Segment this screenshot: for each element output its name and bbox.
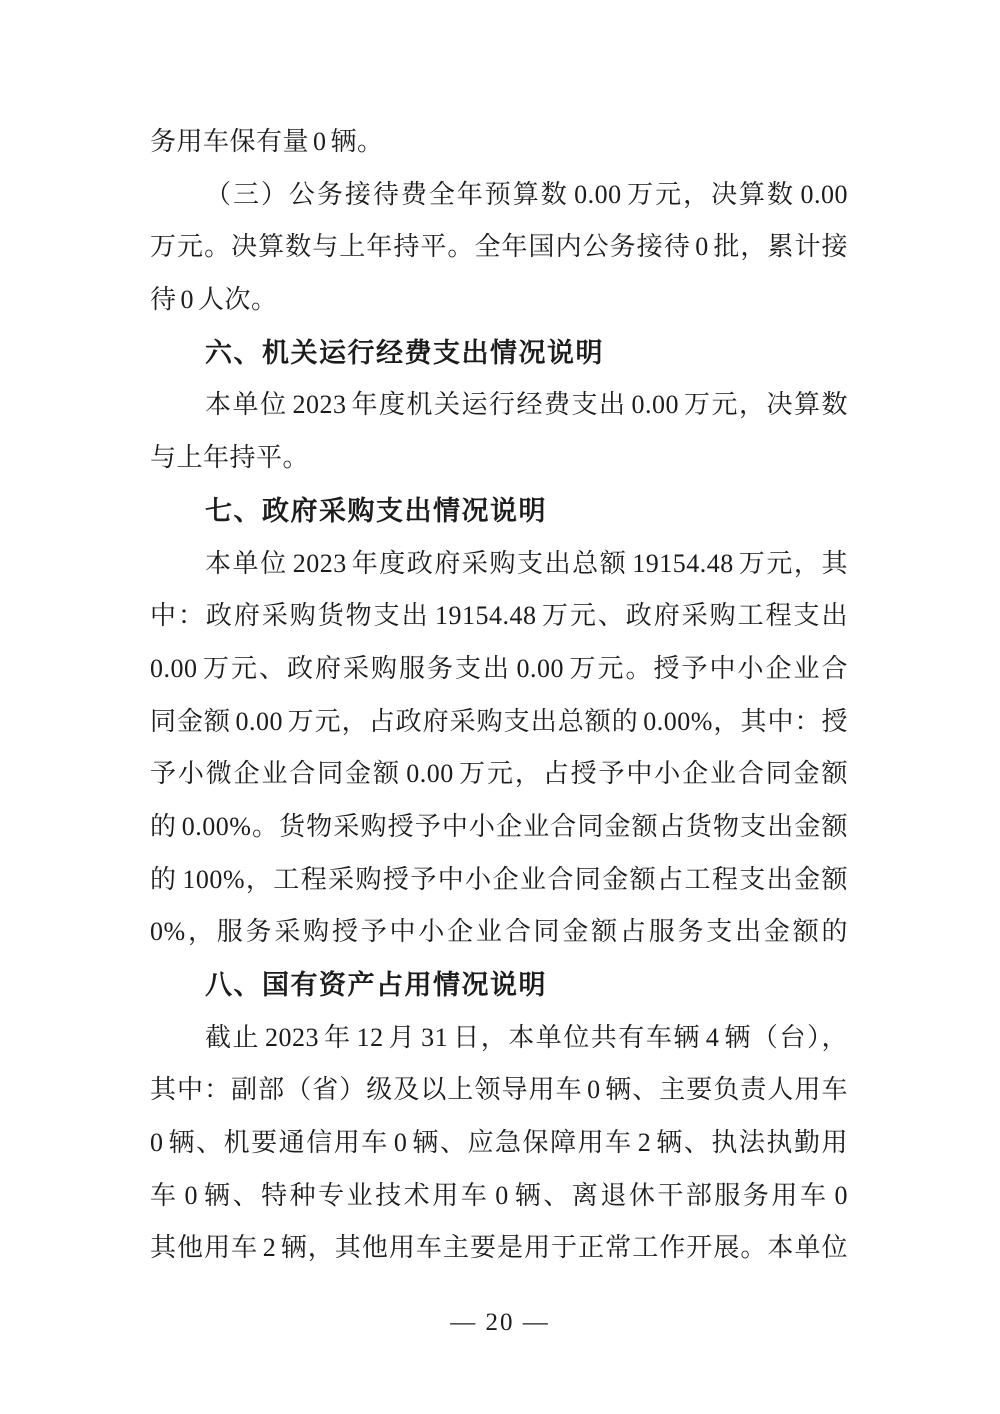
text-line-7: 与上年持平。 — [150, 432, 848, 485]
text-line-4: 待 0 人次。 — [150, 274, 848, 327]
text-line-1: 务用车保有量 0 辆。 — [150, 116, 848, 169]
text-line-12: 同金额 0.00 万元，占政府采购支出总额的 0.00%，其中：授 — [150, 696, 848, 749]
document-page: 务用车保有量 0 辆。 （三）公务接待费全年预算数 0.00 万元，决算数 0.… — [0, 0, 1000, 1414]
text-line-2: （三）公务接待费全年预算数 0.00 万元，决算数 0.00 — [150, 169, 848, 222]
text-line-19: 其中：副部（省）级及以上领导用车 0 辆、主要负责人用车 — [150, 1064, 848, 1117]
footer-page-number: — 20 — — [0, 1297, 1000, 1349]
section-heading-7: 七、政府采购支出情况说明 — [150, 485, 848, 538]
text-line-16: 0%，服务采购授予中小企业合同金额占服务支出金额的 0%。 — [150, 906, 848, 959]
text-line-14: 的 0.00%。货物采购授予中小企业合同金额占货物支出金额 — [150, 801, 848, 854]
text-line-13: 予小微企业合同金额 0.00 万元，占授予中小企业合同金额 — [150, 748, 848, 801]
text-line-15: 的 100%，工程采购授予中小企业合同金额占工程支出金额的 — [150, 854, 848, 907]
section-heading-6: 六、机关运行经费支出情况说明 — [150, 327, 848, 380]
text-line-6: 本单位 2023 年度机关运行经费支出 0.00 万元，决算数 — [150, 379, 848, 432]
text-line-9: 本单位 2023 年度政府采购支出总额 19154.48 万元，其 — [150, 538, 848, 591]
text-line-3: 万元。决算数与上年持平。全年国内公务接待 0 批，累计接 — [150, 221, 848, 274]
section-heading-8: 八、国有资产占用情况说明 — [150, 959, 848, 1012]
text-line-11: 0.00 万元、政府采购服务支出 0.00 万元。授予中小企业合 — [150, 643, 848, 696]
text-line-21: 车 0 辆、特种专业技术用车 0 辆、离退休干部服务用车 0 辆、 — [150, 1170, 848, 1223]
text-line-20: 0 辆、机要通信用车 0 辆、应急保障用车 2 辆、执法执勤用 — [150, 1117, 848, 1170]
text-line-22: 其他用车 2 辆，其他用车主要是用于正常工作开展。本单位 — [150, 1222, 848, 1275]
text-line-18: 截止 2023 年 12 月 31 日，本单位共有车辆 4 辆（台）， — [150, 1012, 848, 1065]
document-body: 务用车保有量 0 辆。 （三）公务接待费全年预算数 0.00 万元，决算数 0.… — [150, 116, 848, 1275]
text-line-10: 中：政府采购货物支出 19154.48 万元、政府采购工程支出 — [150, 590, 848, 643]
